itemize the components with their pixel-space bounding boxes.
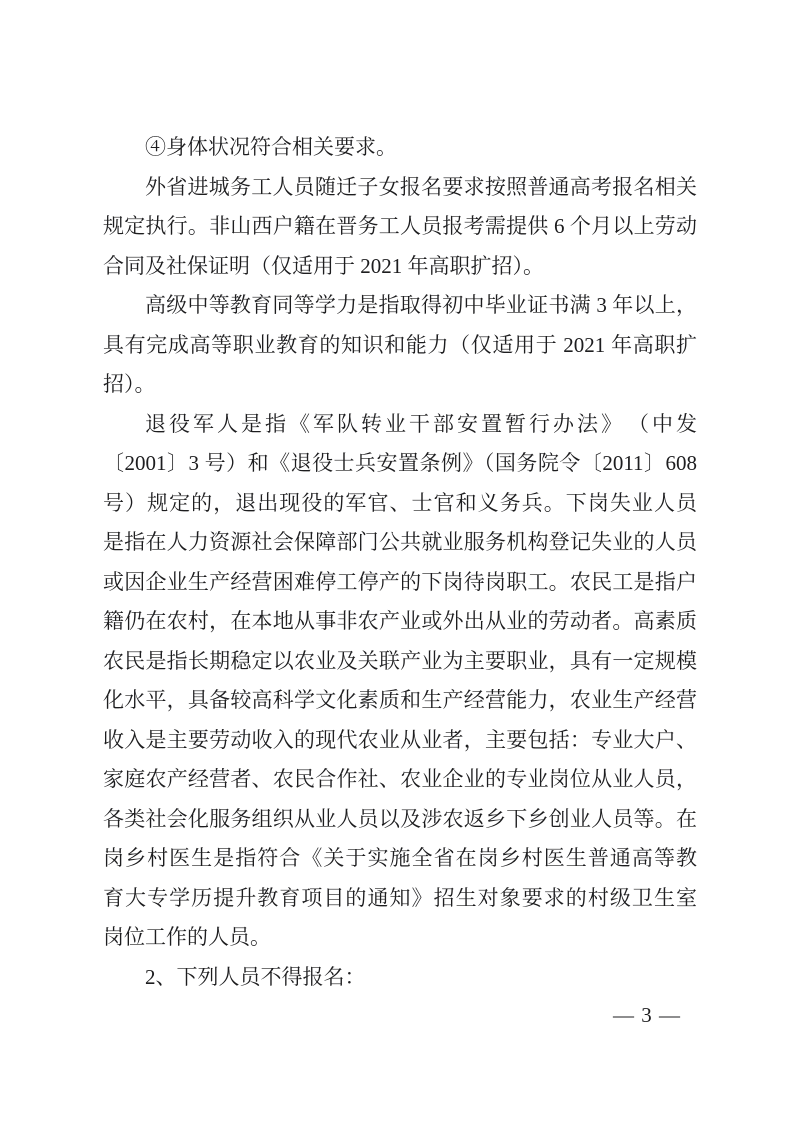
- text-line: 退役军人是指《军队转业干部安置暂行办法》 （中发: [103, 405, 697, 445]
- text-line: 具有完成高等职业教育的知识和能力（仅适用于 2021 年高职扩: [103, 326, 697, 366]
- text-line: 岗乡村医生是指符合《关于实施全省在岗乡村医生普通高等教: [103, 839, 697, 879]
- text-line: 农民是指长期稳定以农业及关联产业为主要职业，具有一定规模: [103, 642, 697, 682]
- text-line: 育大专学历提升教育项目的通知》招生对象要求的村级卫生室: [103, 879, 697, 919]
- text-line: 化水平，具备较高科学文化素质和生产经营能力，农业生产经营: [103, 681, 697, 721]
- paragraph: 外省进城务工人员随迁子女报名要求按照普通高考报名相关规定执行。非山西户籍在晋务工…: [103, 168, 697, 287]
- document-page: ④身体状况符合相关要求。外省进城务工人员随迁子女报名要求按照普通高考报名相关规定…: [0, 0, 793, 1122]
- text-line: 各类社会化服务组织从业人员以及涉农返乡下乡创业人员等。在: [103, 800, 697, 840]
- paragraph: 退役军人是指《军队转业干部安置暂行办法》 （中发〔2001〕3 号）和《退役士兵…: [103, 405, 697, 958]
- text-line: 号）规定的，退出现役的军官、士官和义务兵。下岗失业人员: [103, 484, 697, 524]
- text-line: ④身体状况符合相关要求。: [103, 128, 697, 168]
- text-line: 规定执行。非山西户籍在晋务工人员报考需提供 6 个月以上劳动: [103, 207, 697, 247]
- paragraph: 高级中等教育同等学力是指取得初中毕业证书满 3 年以上，具有完成高等职业教育的知…: [103, 286, 697, 405]
- text-line: 家庭农产经营者、农民合作社、农业企业的专业岗位从业人员，: [103, 760, 697, 800]
- paragraph: ④身体状况符合相关要求。: [103, 128, 697, 168]
- document-body: ④身体状况符合相关要求。外省进城务工人员随迁子女报名要求按照普通高考报名相关规定…: [103, 128, 697, 997]
- page-number: — 3 —: [613, 996, 681, 1036]
- text-line: 2、下列人员不得报名：: [103, 958, 697, 998]
- text-line: 合同及社保证明（仅适用于 2021 年高职扩招）。: [103, 247, 697, 287]
- text-line: 籍仍在农村，在本地从事非农产业或外出从业的劳动者。高素质: [103, 602, 697, 642]
- text-line: 是指在人力资源社会保障部门公共就业服务机构登记失业的人员: [103, 523, 697, 563]
- text-line: 或因企业生产经营困难停工停产的下岗待岗职工。农民工是指户: [103, 563, 697, 603]
- text-line: 收入是主要劳动收入的现代农业从业者，主要包括：专业大户、: [103, 721, 697, 761]
- text-line: 外省进城务工人员随迁子女报名要求按照普通高考报名相关: [103, 168, 697, 208]
- text-line: 招）。: [103, 365, 697, 405]
- paragraph: 2、下列人员不得报名：: [103, 958, 697, 998]
- text-line: 高级中等教育同等学力是指取得初中毕业证书满 3 年以上，: [103, 286, 697, 326]
- text-line: 岗位工作的人员。: [103, 918, 697, 958]
- text-line: 〔2001〕3 号）和《退役士兵安置条例》（国务院令〔2011〕608: [103, 444, 697, 484]
